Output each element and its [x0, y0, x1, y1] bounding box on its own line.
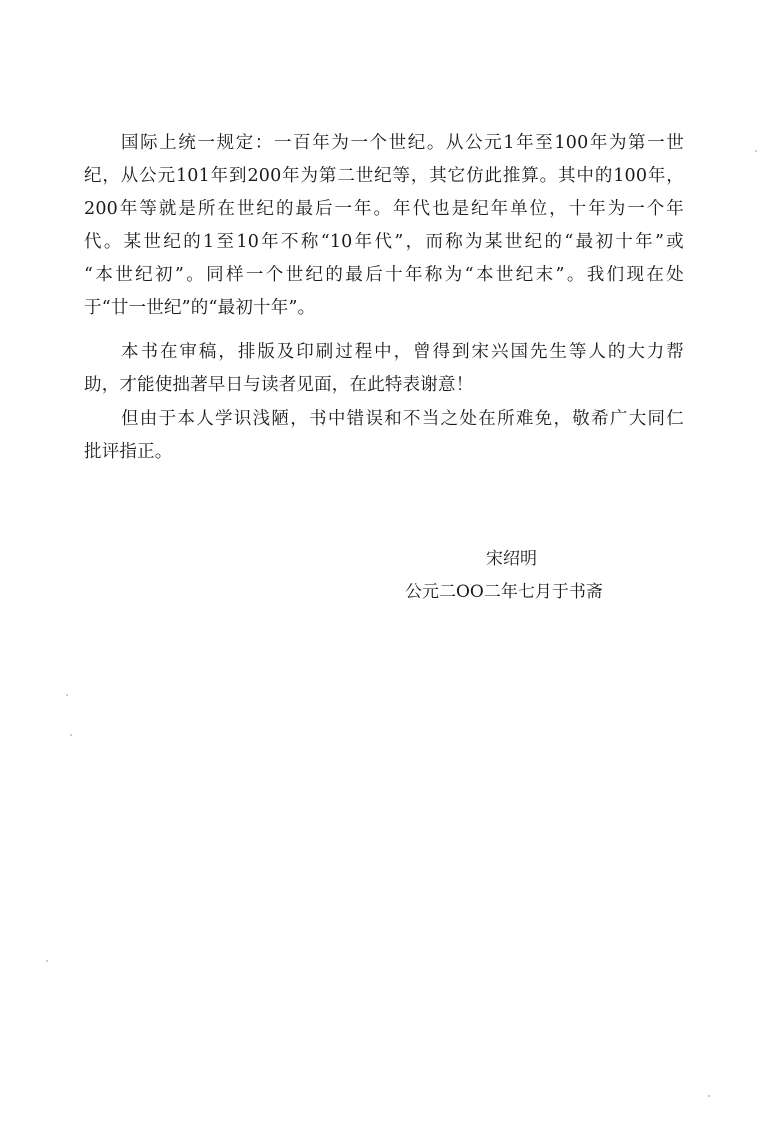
- text-line: 于“廿一世纪”的“最初十年”。: [84, 292, 684, 325]
- text-line: “本世纪初”。同样一个世纪的最后十年称为“本世纪末”。我们现在处: [84, 259, 684, 292]
- text-line: 200年等就是所在世纪的最后一年。年代也是纪年单位，十年为一个年: [84, 193, 684, 226]
- scan-speck: [46, 960, 48, 962]
- text-line: 国际上统一规定：一百年为一个世纪。从公元1年至100年为第一世: [121, 127, 684, 160]
- scan-speck: [708, 1095, 710, 1097]
- text-line: 但由于本人学识浅陋，书中错误和不当之处在所难免，敬希广大同仁: [121, 403, 684, 436]
- author-name: 宋绍明: [486, 543, 537, 576]
- scan-speck: [66, 694, 68, 696]
- text-line: 代。某世纪的1至10年不称“10年代”，而称为某世纪的“最初十年”或: [84, 226, 684, 259]
- text-line: 纪，从公元101年到200年为第二世纪等，其它仿此推算。其中的100年，: [84, 160, 684, 193]
- text-line: 助，才能使拙著早日与读者见面，在此特表谢意！: [84, 369, 684, 402]
- scan-speck: [70, 734, 72, 736]
- document-page: 国际上统一规定：一百年为一个世纪。从公元1年至100年为第一世 纪，从公元101…: [0, 0, 763, 1122]
- signature-date: 公元二OO二年七月于书斋: [405, 576, 603, 609]
- scan-speck: [322, 424, 324, 426]
- scan-speck: [755, 150, 757, 152]
- text-line: 本书在审稿，排版及印刷过程中，曾得到宋兴国先生等人的大力帮: [121, 336, 684, 369]
- text-line: 批评指正。: [84, 436, 684, 469]
